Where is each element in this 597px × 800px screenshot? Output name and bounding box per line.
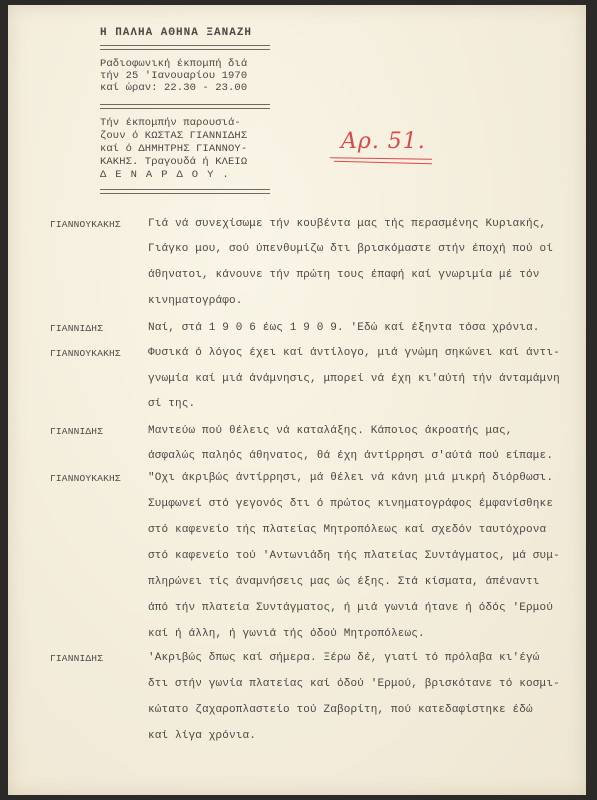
dialogue-line: "Οχι άκριβώς άντίρρησι, μά θέλει νά κάνη… bbox=[148, 472, 553, 484]
dialogue-line: κινηματογράφο. bbox=[148, 295, 243, 307]
speaker-name: ΓΙΑΝΝΙΔΗΣ bbox=[50, 653, 103, 664]
speaker-name: ΓΙΑΝΝΙΔΗΣ bbox=[50, 426, 103, 437]
dialogue: ΓΙΑΝΝΟΥΚΑΚΗΣ Γιά νά συνεχίσωμε τήν κουβέ… bbox=[8, 5, 586, 795]
dialogue-line: Μαντεύω πού θέλεις νά καταλάξης. Κάποιος… bbox=[148, 425, 513, 437]
dialogue-line: δτι στήν γωνία πλατείας καί όδού 'Ερμού,… bbox=[148, 678, 560, 690]
document-page: Η ΠΑΛΗΑ ΑΘΗΝΑ ΞΑΝΑΖΗ Ραδιοφωνική έκπομπή… bbox=[8, 5, 586, 795]
dialogue-line: στό καφενείο τής πλατείας Μητροπόλεως κα… bbox=[148, 524, 546, 536]
dialogue-line: άπό τήν πλατεία Συντάγματος, ή μιά γωνιά… bbox=[148, 602, 553, 614]
dialogue-line: Φυσικά ό λόγος έχει καί άντίλογο, μιά γν… bbox=[148, 347, 560, 359]
dialogue-line: Γιά νά συνεχίσωμε τήν κουβέντα μας τής π… bbox=[148, 218, 546, 230]
speaker-name: ΓΙΑΝΝΟΥΚΑΚΗΣ bbox=[50, 348, 121, 359]
dialogue-line: κώτατο ζαχαροπλαστείο τού Ζαβορίτη, πού … bbox=[148, 704, 533, 716]
dialogue-line: 'Ακριβώς δπως καί σήμερα. Ξέρω δέ, γιατί… bbox=[148, 652, 540, 664]
dialogue-line: γνωμία καί μιά άνάμνησις, μπορεί νά έχη … bbox=[148, 373, 560, 385]
dialogue-line: Συμφωνεί στό γεγονός δτι ό πρώτος κινημα… bbox=[148, 498, 553, 510]
speaker-name: ΓΙΑΝΝΟΥΚΑΚΗΣ bbox=[50, 473, 121, 484]
dialogue-line: πληρώνει τίς άναμνήσεις μας ώς έξης. Στά… bbox=[148, 576, 540, 588]
speaker-name: ΓΙΑΝΝΟΥΚΑΚΗΣ bbox=[50, 219, 121, 230]
dialogue-line: άσφαλώς παληός άθηνατος, θά έχη άντίρρησ… bbox=[148, 450, 553, 462]
dialogue-line: Ναί, στά 1 9 0 6 έως 1 9 0 9. 'Εδώ καί έ… bbox=[148, 322, 540, 334]
dialogue-line: καί ή άλλη, ή γωνιά τής όδού Μητροπόλεως… bbox=[148, 628, 425, 640]
dialogue-line: στό καφενείο τού 'Αντωνιάδη τής πλατείας… bbox=[148, 550, 560, 562]
dialogue-line: σί της. bbox=[148, 398, 195, 410]
speaker-name: ΓΙΑΝΝΙΔΗΣ bbox=[50, 323, 103, 334]
dialogue-line: άθηνατοι, κάνουνε τήν πρώτη τους έπαφή κ… bbox=[148, 269, 540, 281]
dialogue-line: Γιάγκο μου, σού ύπενθυμίζω δτι βρισκόμασ… bbox=[148, 243, 553, 255]
dialogue-line: καί λίγα χρόνια. bbox=[148, 730, 256, 742]
